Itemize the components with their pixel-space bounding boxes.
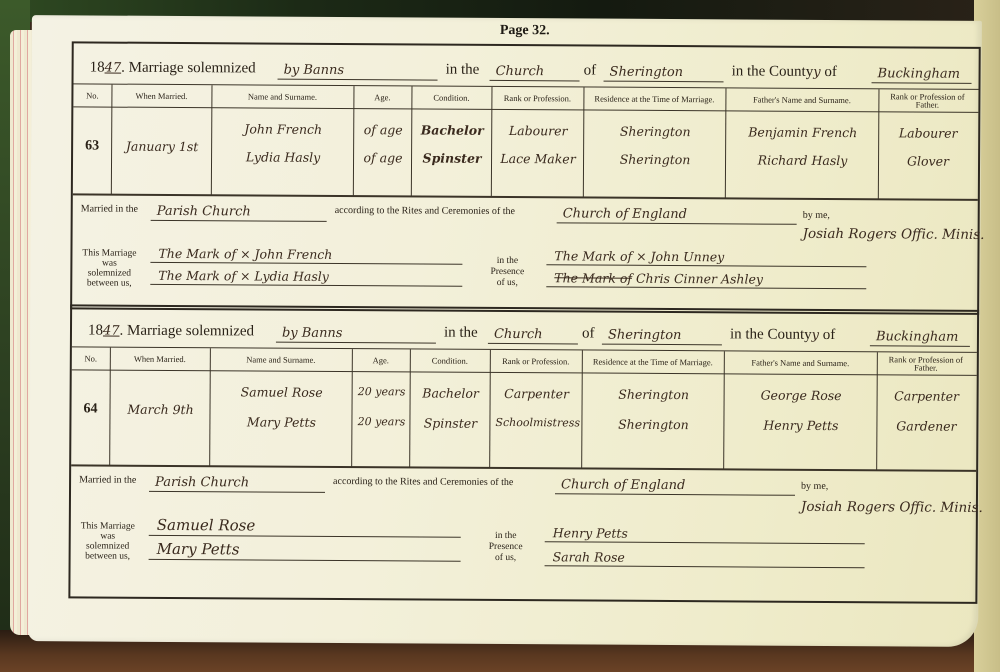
when-married: March 9th bbox=[115, 402, 205, 418]
groom-father-profession: Carpenter bbox=[883, 388, 971, 404]
groom-father-name: George Rose bbox=[730, 387, 873, 403]
married-in-line: Married in the bbox=[81, 203, 138, 214]
col-father-profession: Rank or Profession of Father. Labourer G… bbox=[878, 89, 977, 200]
bride-father-name: Richard Hasly bbox=[731, 152, 874, 168]
county-label: in the Countyy of bbox=[732, 63, 837, 81]
officiant-signature: Josiah Rogers Offic. Minis. bbox=[801, 499, 983, 516]
bride-name: Mary Petts bbox=[215, 414, 347, 430]
party-signature-2: Mary Petts bbox=[149, 541, 461, 562]
col-residence: Residence at the Time of Marriage. Sheri… bbox=[581, 350, 725, 469]
col-father-name: Father's Name and Surname. Benjamin Fren… bbox=[725, 88, 880, 199]
groom-condition: Bachelor bbox=[416, 385, 486, 400]
groom-profession: Carpenter bbox=[496, 386, 578, 402]
married-in-line: Married in the bbox=[79, 474, 136, 485]
marriage-entry-63: 1847. Marriage solemnized by Banns in th… bbox=[70, 41, 981, 315]
officiant-signature: Josiah Rogers Offic. Minis. bbox=[803, 226, 985, 243]
col-condition: Condition. Bachelor Spinster bbox=[411, 86, 493, 196]
by-me-label: by me, bbox=[803, 210, 830, 221]
col-father-profession: Rank or Profession of Father. Carpenter … bbox=[876, 352, 975, 471]
groom-father-name: Benjamin French bbox=[731, 124, 874, 140]
solemnized-between-label: This Marriage was solemnized between us, bbox=[77, 522, 139, 562]
bride-condition: Spinster bbox=[417, 150, 487, 165]
col-profession: Rank or Profession. Carpenter Schoolmist… bbox=[489, 350, 583, 469]
year-label: 1847. Marriage solemnized bbox=[90, 59, 256, 77]
groom-profession: Labourer bbox=[497, 123, 579, 139]
by-me-label: by me, bbox=[801, 481, 828, 492]
according-to-label: according to the Rites and Ceremonies of… bbox=[335, 205, 515, 217]
col-name: Name and Surname. John French Lydia Hasl… bbox=[211, 85, 355, 196]
col-name: Name and Surname. Samuel Rose Mary Petts bbox=[209, 348, 353, 467]
entry-number: 63 bbox=[73, 138, 111, 154]
bride-condition: Spinster bbox=[415, 415, 485, 430]
entry-headline: 1847. Marriage solemnized by Banns in th… bbox=[80, 318, 969, 349]
groom-condition: Bachelor bbox=[417, 122, 487, 137]
parish-field: Sherington bbox=[602, 324, 722, 346]
married-in-field: Parish Church bbox=[151, 200, 327, 222]
bride-profession: Lace Maker bbox=[497, 151, 579, 167]
groom-residence: Sherington bbox=[588, 387, 720, 403]
year-label: 1847. Marriage solemnized bbox=[88, 322, 254, 340]
bride-age: of age bbox=[359, 150, 407, 165]
bride-father-name: Henry Petts bbox=[729, 417, 872, 433]
page-number: Page 32. bbox=[500, 23, 550, 39]
solemnized-between-label: This Marriage was solemnized between us, bbox=[78, 249, 140, 289]
witness-signature-2: The Mark of Chris Cinner Ashley bbox=[546, 268, 866, 289]
in-presence-label: in the Presence of us, bbox=[481, 531, 531, 564]
married-in-field: Parish Church bbox=[149, 471, 325, 493]
groom-name: John French bbox=[217, 121, 349, 137]
groom-age: 20 years bbox=[358, 385, 406, 398]
label-in-the: in the bbox=[446, 62, 480, 79]
register-page: Page 32. 1847. Marriage solemnized by Ba… bbox=[28, 15, 982, 647]
entry-number: 64 bbox=[71, 401, 109, 417]
county-field: Buckingham bbox=[872, 62, 972, 84]
label-in-the: in the bbox=[444, 325, 478, 342]
col-when-married: When Married.March 9th bbox=[109, 348, 211, 467]
witness-signature-1: The Mark of × John Unney bbox=[546, 246, 866, 267]
col-condition: Condition. Bachelor Spinster bbox=[409, 349, 491, 467]
col-age: Age. 20 years 20 years bbox=[351, 349, 411, 467]
col-no: No.63 bbox=[73, 84, 113, 194]
when-married: January 1st bbox=[117, 139, 207, 155]
col-no: No.64 bbox=[71, 347, 111, 465]
col-profession: Rank or Profession. Labourer Lace Maker bbox=[491, 87, 585, 198]
entry-headline: 1847. Marriage solemnized by Banns in th… bbox=[82, 55, 971, 86]
label-of: of bbox=[582, 325, 595, 342]
county-field: Buckingham bbox=[870, 325, 970, 347]
bride-father-profession: Glover bbox=[884, 153, 972, 169]
solemnized-by-field: by Banns bbox=[276, 322, 436, 344]
rites-field: Church of England bbox=[557, 202, 797, 224]
witness-signature-2: Sarah Rose bbox=[545, 547, 865, 568]
according-to-label: according to the Rites and Ceremonies of… bbox=[333, 476, 513, 488]
label-of: of bbox=[584, 62, 597, 79]
marriage-entry-64: 1847. Marriage solemnized by Banns in th… bbox=[68, 304, 979, 604]
bride-residence: Sherington bbox=[589, 152, 721, 168]
col-age: Age. of age of age bbox=[353, 86, 413, 196]
groom-residence: Sherington bbox=[589, 124, 721, 140]
rites-field: Church of England bbox=[555, 473, 795, 495]
groom-name: Samuel Rose bbox=[216, 384, 348, 400]
bride-name: Lydia Hasly bbox=[217, 149, 349, 165]
col-residence: Residence at the Time of Marriage. Sheri… bbox=[583, 87, 727, 198]
party-signature-1: Samuel Rose bbox=[149, 517, 461, 538]
witness-signature-1: Henry Petts bbox=[545, 523, 865, 544]
bride-profession: Schoolmistress bbox=[495, 416, 577, 430]
solemnized-by-field: by Banns bbox=[278, 59, 438, 81]
entry-table: No.63 When Married.January 1st Name and … bbox=[73, 83, 979, 200]
party-signature-1: The Mark of × John French bbox=[150, 244, 462, 265]
col-when-married: When Married.January 1st bbox=[111, 85, 213, 196]
bride-residence: Sherington bbox=[587, 417, 719, 433]
bride-father-profession: Gardener bbox=[882, 418, 970, 434]
col-father-name: Father's Name and Surname. George Rose H… bbox=[723, 351, 878, 470]
in-presence-label: in the Presence of us, bbox=[482, 256, 532, 289]
bride-age: 20 years bbox=[357, 415, 405, 428]
groom-age: of age bbox=[359, 122, 407, 137]
party-signature-2: The Mark of × Lydia Hasly bbox=[150, 266, 462, 287]
county-label: in the Countyy of bbox=[730, 326, 835, 344]
parish-field: Sherington bbox=[604, 61, 724, 83]
groom-father-profession: Labourer bbox=[884, 125, 972, 141]
place-type-field: Church bbox=[488, 323, 578, 345]
place-type-field: Church bbox=[490, 60, 580, 82]
entry-table: No.64 When Married.March 9th Name and Su… bbox=[71, 346, 977, 471]
